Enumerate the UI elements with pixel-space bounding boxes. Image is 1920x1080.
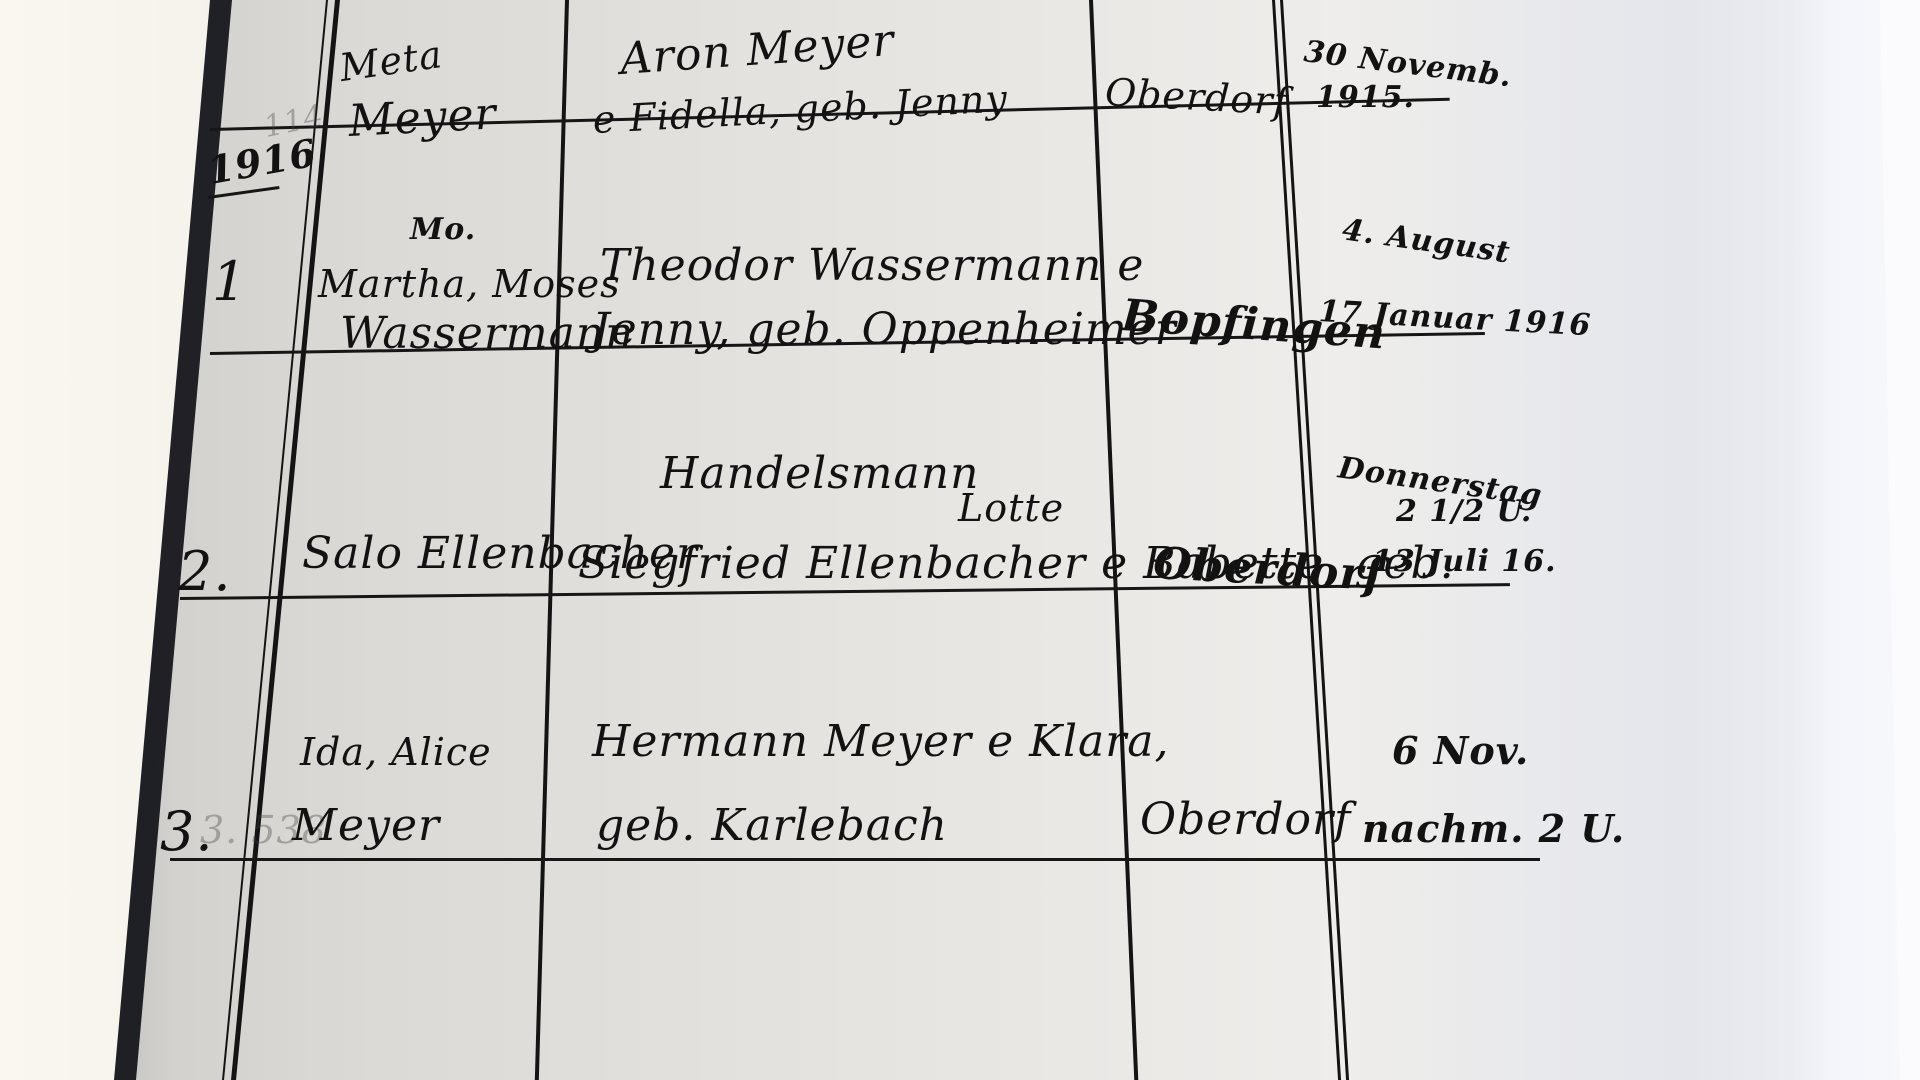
parents-line-1: Hermann Meyer e Klara,	[592, 716, 1170, 767]
child-name-line-2: Wassermann	[340, 308, 635, 359]
date: 13 Juli 16.	[1372, 544, 1557, 579]
row-rule-3	[170, 858, 1540, 861]
date-line-2: 1915.	[1316, 80, 1415, 115]
parents-line-2: geb. Karlebach	[596, 800, 948, 851]
date-line-1: 6 Nov.	[1392, 728, 1529, 773]
parents-note: Handelsmann	[660, 448, 979, 499]
parents-line-1: Theodor Wassermann e	[600, 240, 1144, 291]
entry-number: 2.	[178, 540, 232, 603]
date-line-2: nachm. 2 U.	[1362, 806, 1625, 851]
entry-number: 1	[212, 250, 247, 313]
date-note-line-2: 2 1/2 U.	[1396, 494, 1532, 529]
child-note: Mo.	[410, 212, 476, 247]
child-name-line-1: Martha, Moses	[318, 262, 621, 306]
parents-line-2: Jenny, geb. Oppenheimer	[592, 304, 1177, 355]
child-surname: Meyer	[347, 88, 497, 147]
parents-insert: Lotte	[958, 486, 1064, 530]
child-name-line-2: Meyer	[292, 800, 440, 851]
child-name-line-1: Ida, Alice	[300, 730, 492, 774]
place: Oberdorf	[1140, 794, 1351, 845]
